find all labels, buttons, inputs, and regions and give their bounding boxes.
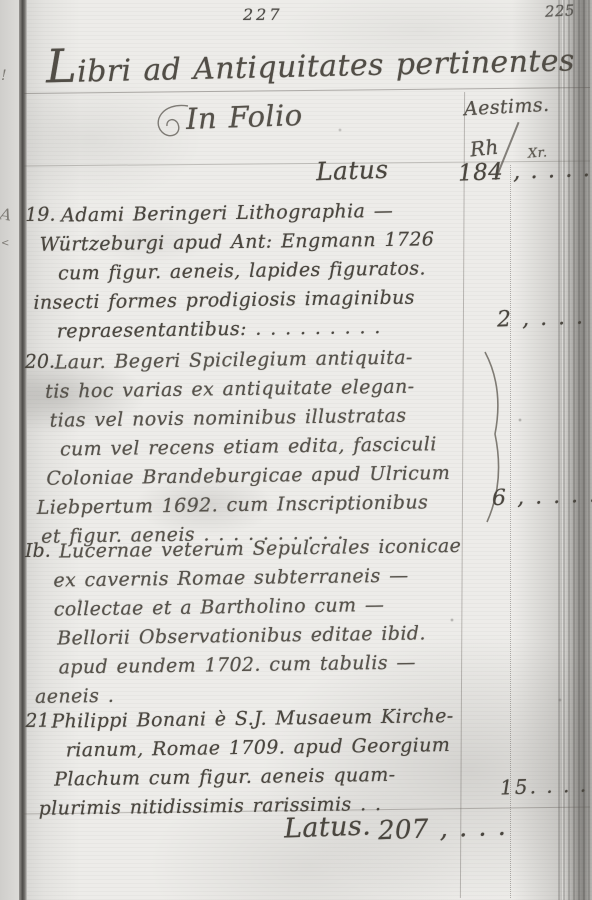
carry-forward-bottom-label: Latus.	[283, 810, 371, 844]
entry-number: Ib.	[25, 540, 51, 562]
right-page-stack-edge	[558, 0, 592, 900]
entry-line: insecti formes prodigiosis imaginibus	[33, 283, 478, 318]
entry-line: apud eundem 1702. cum tabulis —	[58, 648, 478, 683]
entry-line: rianum, Romae 1709. apud Georgium	[66, 731, 478, 766]
entry-number: 21	[25, 710, 49, 732]
currency-reichsthaler-label: Rh	[469, 135, 500, 162]
carry-forward-top-label: Latus	[316, 155, 389, 187]
right-edge-shadow	[512, 0, 562, 900]
catalog-entry-21: 21 Philippi Bonani è S.J. Musaeum Kirche…	[0, 702, 479, 825]
carry-forward-bottom-value: 207 , . . .	[378, 812, 507, 846]
left-edge-writing-fragment: !	[1, 68, 7, 84]
catalog-entry-ib: Ib. Lucernae veterum Sepulcrales iconica…	[0, 532, 479, 713]
entry-line: repraesentantibus: . . . . . . . . .	[57, 312, 479, 347]
entry-20-price: 6 , . . . . .	[492, 482, 592, 511]
entry-19-price: 2 , . . .	[497, 304, 586, 332]
entry-line: cum figur. aeneis, lapides figuratos.	[58, 254, 478, 289]
entry-line: Liebpertum 1692. cum Inscriptionibus	[37, 488, 479, 523]
section-heading: In Folio	[185, 98, 303, 136]
page-number: 227	[243, 5, 283, 24]
entry-number: 20.	[25, 351, 56, 373]
entry-number: 19.	[25, 204, 56, 226]
entry-line: Lucernae veterum Sepulcrales iconicae	[59, 532, 477, 567]
catalog-entry-20: 20. Laur. Begeri Spicilegium antiquita- …	[0, 343, 479, 553]
manuscript-scan-page: ! A < 227 225 Libri ad Antiquitates pert…	[0, 0, 592, 900]
folio-corner-number: 225	[545, 1, 576, 21]
value-column-header: Aestims.	[463, 94, 549, 120]
carry-forward-top-value: 184 , . . . . .	[458, 155, 592, 186]
catalog-entry-19: 19. Adami Beringeri Lithographia — Würtz…	[0, 196, 479, 348]
entry-line: tis hoc varias ex antiquitate elegan-	[45, 372, 477, 407]
entry-21-price: 15. . . .	[500, 772, 589, 799]
page-title: Libri ad Antiquitates pertinentes	[45, 29, 516, 94]
